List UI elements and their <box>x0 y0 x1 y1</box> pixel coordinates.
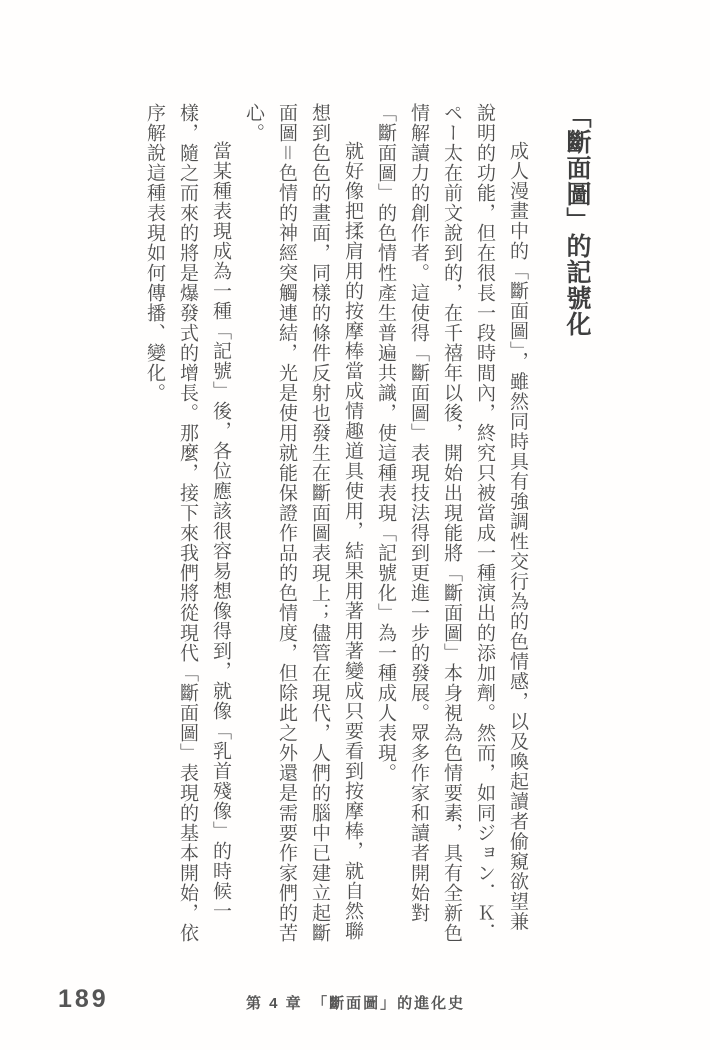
footer-chapter-label: 第 4 章 「斷面圖」的進化史 <box>246 992 465 1013</box>
body-paragraph: 就好像把揉肩用的按摩棒當成情趣道具使用，結果用著用著變成只要看到按摩棒，就自然聯… <box>237 103 369 946</box>
book-page: 「斷面圖」的記號化 成人漫畫中的「斷面圖」，雖然同時具有強調性交行為的色情感，以… <box>0 0 710 1050</box>
page-number: 189 <box>58 985 109 1014</box>
body-paragraph: 當某種表現成為一種「記號」後，各位應該很容易想像得到，就像「乳首殘像」的時候一樣… <box>138 103 237 946</box>
page-content: 「斷面圖」的記號化 成人漫畫中的「斷面圖」，雖然同時具有強調性交行為的色情感，以… <box>138 103 598 946</box>
body-paragraph: 成人漫畫中的「斷面圖」，雖然同時具有強調性交行為的色情感，以及喚起讀者偷窺欲望兼… <box>369 103 534 946</box>
section-title: 「斷面圖」的記號化 <box>554 103 598 946</box>
body-text: 成人漫畫中的「斷面圖」，雖然同時具有強調性交行為的色情感，以及喚起讀者偷窺欲望兼… <box>138 103 534 946</box>
